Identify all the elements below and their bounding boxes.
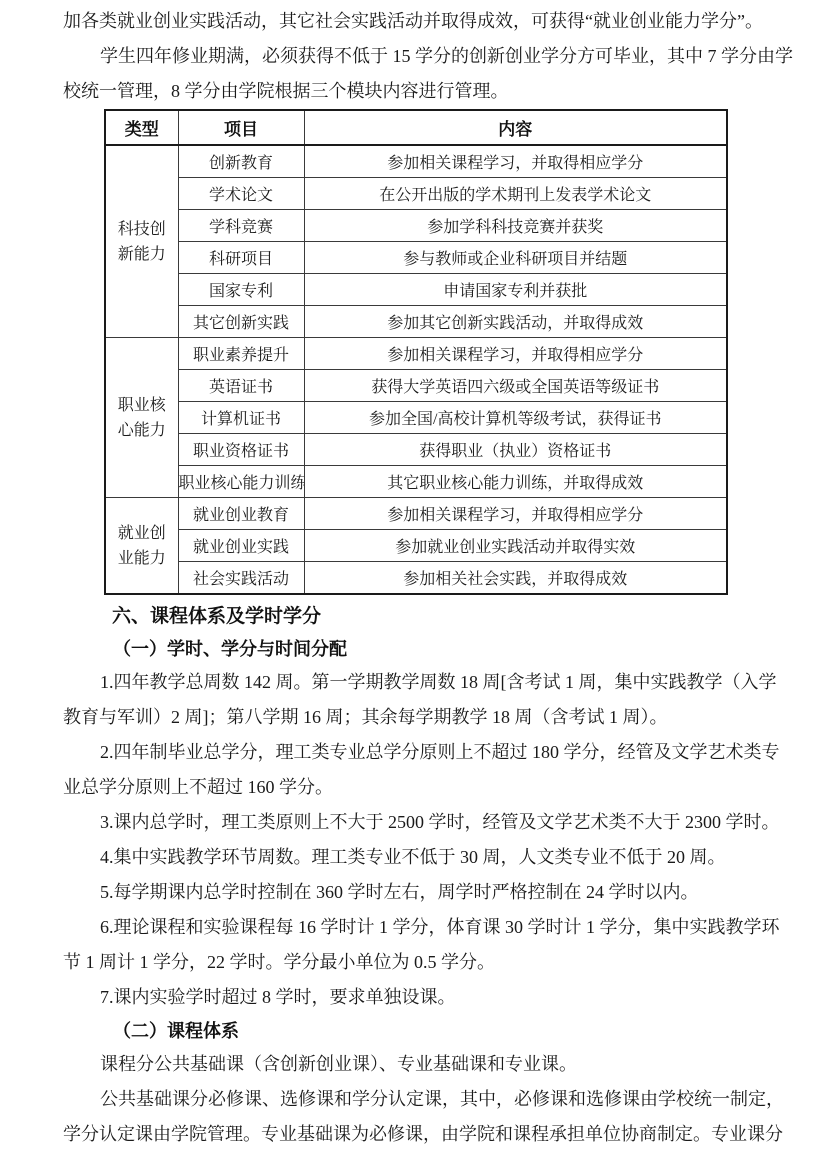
table-cell-project: 英语证书 (178, 370, 304, 402)
type-line: 业能力 (106, 546, 178, 571)
table-cell-content: 参加就业创业实践活动并取得实效 (304, 530, 727, 562)
credit-table-head: 类型 项目 内容 (105, 110, 727, 145)
type-line: 心能力 (106, 418, 178, 443)
credit-table-body: 科技创新能力创新教育参加相关课程学习，并取得相应学分学术论文在公开出版的学术期刊… (105, 145, 727, 594)
text-line: 1.四年教学总周数 142 周。第一学期教学周数 18 周[含考试 1 周，集中… (63, 665, 793, 700)
section-heading: 六、课程体系及学时学分 (63, 601, 793, 633)
table-cell-project: 计算机证书 (178, 402, 304, 434)
type-line: 新能力 (106, 242, 178, 267)
table-cell-project: 其它创新实践 (178, 306, 304, 338)
table-cell-content: 参加相关社会实践，并取得成效 (304, 562, 727, 595)
table-row: 就业创业实践参加就业创业实践活动并取得实效 (105, 530, 727, 562)
table-cell-project: 就业创业实践 (178, 530, 304, 562)
table-row: 学术论文在公开出版的学术期刊上发表学术论文 (105, 178, 727, 210)
table-cell-project: 社会实践活动 (178, 562, 304, 595)
table-row: 学科竞赛参加学科科技竞赛并获奖 (105, 210, 727, 242)
table-cell-content: 获得大学英语四六级或全国英语等级证书 (304, 370, 727, 402)
page-content: 加各类就业创业实践活动，其它社会实践活动并取得成效，可获得“就业创业能力学分”。… (63, 4, 793, 1152)
table-cell-type: 科技创新能力 (105, 145, 178, 338)
text-line: 业总学分原则上不超过 160 学分。 (63, 770, 793, 805)
text-line: 5.每学期课内总学时控制在 360 学时左右，周学时严格控制在 24 学时以内。 (63, 875, 793, 910)
table-cell-content: 在公开出版的学术期刊上发表学术论文 (304, 178, 727, 210)
table-cell-project: 科研项目 (178, 242, 304, 274)
text-line: 2.四年制毕业总学分，理工类专业总学分原则上不超过 180 学分，经管及文学艺术… (63, 735, 793, 770)
table-cell-project: 创新教育 (178, 145, 304, 178)
table-cell-content: 参与教师或企业科研项目并结题 (304, 242, 727, 274)
table-header-content: 内容 (304, 110, 727, 145)
table-row: 科技创新能力创新教育参加相关课程学习，并取得相应学分 (105, 145, 727, 178)
table-cell-project: 职业核心能力训练 (178, 466, 304, 498)
table-cell-project: 学科竞赛 (178, 210, 304, 242)
table-row: 国家专利申请国家专利并获批 (105, 274, 727, 306)
table-row: 职业核心能力职业素养提升参加相关课程学习，并取得相应学分 (105, 338, 727, 370)
type-line: 职业核 (106, 393, 178, 418)
table-cell-content: 其它职业核心能力训练，并取得成效 (304, 466, 727, 498)
subsection2-heading: （二）课程体系 (63, 1015, 793, 1047)
table-cell-project: 职业资格证书 (178, 434, 304, 466)
table-cell-project: 国家专利 (178, 274, 304, 306)
subsection2-paragraphs: 课程分公共基础课（含创新创业课）、专业基础课和专业课。公共基础课分必修课、选修课… (63, 1047, 793, 1152)
table-header-row: 类型 项目 内容 (105, 110, 727, 145)
table-cell-content: 参加全国/高校计算机等级考试，获得证书 (304, 402, 727, 434)
credit-table: 类型 项目 内容 科技创新能力创新教育参加相关课程学习，并取得相应学分学术论文在… (104, 109, 728, 595)
table-cell-content: 参加相关课程学习，并取得相应学分 (304, 338, 727, 370)
table-cell-type: 职业核心能力 (105, 338, 178, 498)
text-line: 学分认定课由学院管理。专业基础课为必修课，由学院和课程承担单位协商制定。专业课分 (63, 1117, 793, 1152)
table-cell-project: 职业素养提升 (178, 338, 304, 370)
table-row: 就业创业能力就业创业教育参加相关课程学习，并取得相应学分 (105, 498, 727, 530)
type-line: 科技创 (106, 217, 178, 242)
subsection1-heading: （一）学时、学分与时间分配 (63, 633, 793, 665)
table-cell-content: 申请国家专利并获批 (304, 274, 727, 306)
table-cell-content: 参加其它创新实践活动，并取得成效 (304, 306, 727, 338)
subsection1-paragraphs: 1.四年教学总周数 142 周。第一学期教学周数 18 周[含考试 1 周，集中… (63, 665, 793, 1015)
intro-paragraphs: 加各类就业创业实践活动，其它社会实践活动并取得成效，可获得“就业创业能力学分”。… (63, 4, 793, 109)
table-row: 英语证书获得大学英语四六级或全国英语等级证书 (105, 370, 727, 402)
table-row: 社会实践活动参加相关社会实践，并取得成效 (105, 562, 727, 595)
table-cell-content: 获得职业（执业）资格证书 (304, 434, 727, 466)
table-cell-content: 参加学科科技竞赛并获奖 (304, 210, 727, 242)
document-page: 加各类就业创业实践活动，其它社会实践活动并取得成效，可获得“就业创业能力学分”。… (0, 0, 826, 1169)
table-row: 职业资格证书获得职业（执业）资格证书 (105, 434, 727, 466)
text-line: 校统一管理，8 学分由学院根据三个模块内容进行管理。 (63, 74, 793, 109)
text-line: 加各类就业创业实践活动，其它社会实践活动并取得成效，可获得“就业创业能力学分”。 (63, 4, 793, 39)
text-line: 学生四年修业期满，必须获得不低于 15 学分的创新创业学分方可毕业，其中 7 学… (63, 39, 793, 74)
table-row: 科研项目参与教师或企业科研项目并结题 (105, 242, 727, 274)
text-line: 课程分公共基础课（含创新创业课）、专业基础课和专业课。 (63, 1047, 793, 1082)
table-cell-project: 就业创业教育 (178, 498, 304, 530)
table-row: 其它创新实践参加其它创新实践活动，并取得成效 (105, 306, 727, 338)
table-cell-project: 学术论文 (178, 178, 304, 210)
text-line: 6.理论课程和实验课程每 16 学时计 1 学分，体育课 30 学时计 1 学分… (63, 910, 793, 945)
table-header-project: 项目 (178, 110, 304, 145)
text-line: 7.课内实验学时超过 8 学时，要求单独设课。 (63, 980, 793, 1015)
table-cell-type: 就业创业能力 (105, 498, 178, 595)
type-line: 就业创 (106, 521, 178, 546)
table-cell-content: 参加相关课程学习，并取得相应学分 (304, 145, 727, 178)
table-header-type: 类型 (105, 110, 178, 145)
table-row: 计算机证书参加全国/高校计算机等级考试，获得证书 (105, 402, 727, 434)
table-row: 职业核心能力训练其它职业核心能力训练，并取得成效 (105, 466, 727, 498)
table-cell-content: 参加相关课程学习，并取得相应学分 (304, 498, 727, 530)
text-line: 教育与军训）2 周]；第八学期 16 周；其余每学期教学 18 周（含考试 1 … (63, 700, 793, 735)
text-line: 节 1 周计 1 学分，22 学时。学分最小单位为 0.5 学分。 (63, 945, 793, 980)
text-line: 3.课内总学时，理工类原则上不大于 2500 学时，经管及文学艺术类不大于 23… (63, 805, 793, 840)
text-line: 公共基础课分必修课、选修课和学分认定课，其中，必修课和选修课由学校统一制定， (63, 1082, 793, 1117)
text-line: 4.集中实践教学环节周数。理工类专业不低于 30 周，人文类专业不低于 20 周… (63, 840, 793, 875)
